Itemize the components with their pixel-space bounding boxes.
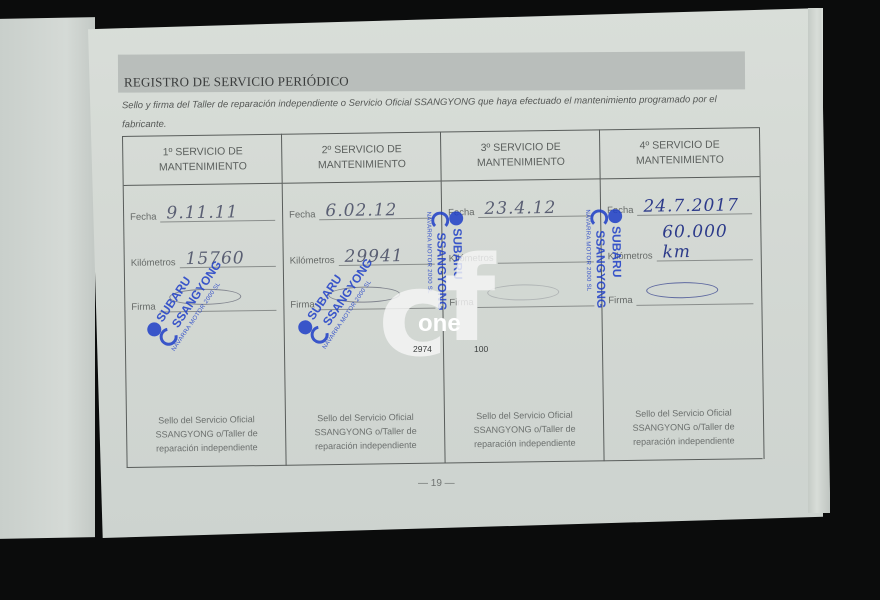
service-header: 4º SERVICIO DE MANTENIMIENTO bbox=[600, 127, 760, 179]
service-header: 1º SERVICIO DE MANTENIMIENTO bbox=[123, 134, 283, 186]
km-field-line: 60.000 km bbox=[656, 243, 752, 261]
dealer-stamp: SUBARUSSANGYONGNAVARRA MOTOR 2000 SL bbox=[425, 211, 465, 311]
date-field-label: Fecha bbox=[289, 209, 316, 220]
date-field: Fecha9.11.11 bbox=[130, 204, 275, 223]
signature-field: Firma bbox=[449, 289, 594, 308]
date-field-line: 23.4.12 bbox=[478, 199, 593, 218]
handwritten-date: 6.02.12 bbox=[325, 200, 397, 221]
handwritten-date: 23.4.12 bbox=[484, 198, 556, 219]
left-page bbox=[0, 17, 95, 539]
km-field: Kilómetros bbox=[449, 245, 594, 264]
handwritten-date: 24.7.2017 bbox=[643, 195, 739, 216]
date-field-line: 6.02.12 bbox=[319, 202, 434, 221]
stamp-brand1: SUBARU bbox=[450, 228, 465, 280]
signature-field-line bbox=[477, 289, 594, 308]
service-table: 1º SERVICIO DE MANTENIMIENTOFecha9.11.11… bbox=[122, 127, 763, 468]
ssangyong-logo-icon bbox=[590, 209, 608, 227]
km-field: Kilómetros60.000 km bbox=[608, 243, 753, 262]
signature-field-line bbox=[636, 287, 753, 306]
seal-caption: Sello del Servicio Oficial SSANGYONG o/T… bbox=[127, 412, 287, 456]
date-field-line: 9.11.11 bbox=[160, 204, 275, 223]
handwritten-km: 60.000 km bbox=[662, 221, 753, 262]
service-column-4: 4º SERVICIO DE MANTENIMIENTOFecha24.7.20… bbox=[599, 127, 765, 461]
service-column-3: 3º SERVICIO DE MANTENIMIENTOFecha23.4.12… bbox=[440, 129, 605, 463]
dealer-stamp: SUBARUSSANGYONGNAVARRA MOTOR 2000 SL bbox=[584, 209, 624, 309]
km-field-label: Kilómetros bbox=[290, 255, 335, 267]
service-column-1: 1º SERVICIO DE MANTENIMIENTOFecha9.11.11… bbox=[122, 134, 287, 468]
stamp-brand1: SUBARU bbox=[609, 226, 624, 278]
date-field-line: 24.7.2017 bbox=[637, 197, 752, 216]
service-header: 2º SERVICIO DE MANTENIMIENTO bbox=[282, 132, 442, 184]
service-column-2: 2º SERVICIO DE MANTENIMIENTOFecha6.02.12… bbox=[281, 132, 446, 466]
page-title: REGISTRO DE SERVICIO PERIÓDICO bbox=[124, 73, 349, 90]
signature-field-label: Firma bbox=[131, 302, 155, 313]
km-field-line bbox=[497, 245, 593, 263]
service-header: 3º SERVICIO DE MANTENIMIENTO bbox=[441, 129, 601, 181]
subaru-logo-icon bbox=[608, 209, 622, 223]
ssangyong-logo-icon bbox=[431, 211, 449, 229]
signature-scribble bbox=[646, 282, 718, 299]
stamp-brand2: SSANGYONG bbox=[434, 232, 449, 310]
page-edge bbox=[808, 8, 830, 513]
km-field-label: Kilómetros bbox=[131, 257, 176, 269]
signature-scribble bbox=[487, 284, 559, 301]
signature-field: Firma bbox=[608, 287, 753, 306]
date-field: Fecha6.02.12 bbox=[289, 202, 434, 221]
seal-caption: Sello del Servicio Oficial SSANGYONG o/T… bbox=[445, 407, 605, 451]
date-field: Fecha23.4.12 bbox=[448, 199, 593, 218]
stamp-brand2: SSANGYONG bbox=[593, 230, 608, 308]
page-number: — 19 — bbox=[418, 478, 455, 489]
date-field: Fecha24.7.2017 bbox=[607, 197, 752, 216]
handwritten-date: 9.11.11 bbox=[166, 202, 238, 223]
seal-caption: Sello del Servicio Oficial SSANGYONG o/T… bbox=[286, 410, 446, 454]
seal-caption: Sello del Servicio Oficial SSANGYONG o/T… bbox=[604, 405, 764, 449]
subaru-logo-icon bbox=[449, 211, 463, 225]
date-field-label: Fecha bbox=[130, 212, 157, 223]
